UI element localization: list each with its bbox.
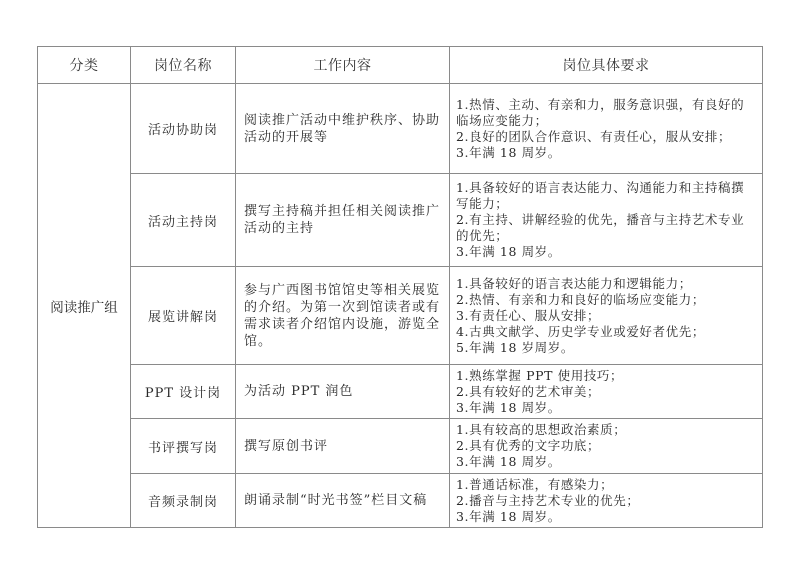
header-work-content: 工作内容 xyxy=(236,47,450,84)
requirements-cell: 1.具备较好的语言表达能力和逻辑能力； 2.热情、有亲和力和良好的临场应变能力；… xyxy=(450,267,763,365)
requirements-cell: 1.具备较好的语言表达能力、沟通能力和主持稿撰写能力； 2.有主持、讲解经验的优… xyxy=(450,174,763,267)
table-header-row: 分类 岗位名称 工作内容 岗位具体要求 xyxy=(38,47,763,84)
requirement-item: 2.热情、有亲和力和良好的临场应变能力； xyxy=(456,292,756,308)
requirement-item: 2.播音与主持艺术专业的优先； xyxy=(456,493,756,509)
position-name: 活动协助岗 xyxy=(131,84,236,174)
job-positions-table: 分类 岗位名称 工作内容 岗位具体要求 阅读推广组 活动协助岗 阅读推广活动中维… xyxy=(37,46,763,528)
requirement-item: 4.古典文献学、历史学专业或爱好者优先； xyxy=(456,324,756,340)
table-row: 活动主持岗 撰写主持稿并担任相关阅读推广活动的主持 1.具备较好的语言表达能力、… xyxy=(38,174,763,267)
requirement-item: 1.普通话标准，有感染力； xyxy=(456,477,756,493)
requirement-item: 2.有主持、讲解经验的优先，播音与主持艺术专业的优先； xyxy=(456,212,756,244)
table-row: 音频录制岗 朗诵录制“时光书签”栏目文稿 1.普通话标准，有感染力； 2.播音与… xyxy=(38,474,763,528)
position-name: 活动主持岗 xyxy=(131,174,236,267)
header-requirements: 岗位具体要求 xyxy=(450,47,763,84)
requirement-item: 3.年满 18 周岁。 xyxy=(456,400,756,416)
requirement-item: 1.具备较好的语言表达能力、沟通能力和主持稿撰写能力； xyxy=(456,180,756,212)
position-name: 书评撰写岗 xyxy=(131,419,236,474)
requirement-item: 3.年满 18 周岁。 xyxy=(456,244,756,260)
requirement-item: 3.有责任心、服从安排； xyxy=(456,308,756,324)
category-cell: 阅读推广组 xyxy=(38,84,131,528)
requirement-item: 1.具备较好的语言表达能力和逻辑能力； xyxy=(456,276,756,292)
position-name: PPT 设计岗 xyxy=(131,365,236,419)
table-row: 书评撰写岗 撰写原创书评 1.具有较高的思想政治素质； 2.具有优秀的文字功底；… xyxy=(38,419,763,474)
requirements-cell: 1.普通话标准，有感染力； 2.播音与主持艺术专业的优先； 3.年满 18 周岁… xyxy=(450,474,763,528)
work-content: 撰写原创书评 xyxy=(236,419,450,474)
requirement-item: 2.良好的团队合作意识、有责任心，服从安排； xyxy=(456,129,756,145)
header-position-name: 岗位名称 xyxy=(131,47,236,84)
requirement-item: 1.熟练掌握 PPT 使用技巧； xyxy=(456,368,756,384)
requirement-item: 2.具有优秀的文字功底； xyxy=(456,438,756,454)
requirement-item: 1.热情、主动、有亲和力，服务意识强，有良好的临场应变能力； xyxy=(456,97,756,129)
work-content: 撰写主持稿并担任相关阅读推广活动的主持 xyxy=(236,174,450,267)
position-name: 音频录制岗 xyxy=(131,474,236,528)
requirements-cell: 1.热情、主动、有亲和力，服务意识强，有良好的临场应变能力； 2.良好的团队合作… xyxy=(450,84,763,174)
work-content: 参与广西图书馆馆史等相关展览的介绍。为第一次到馆读者或有需求读者介绍馆内设施，游… xyxy=(236,267,450,365)
requirement-item: 3.年满 18 周岁。 xyxy=(456,509,756,525)
table-row: PPT 设计岗 为活动 PPT 润色 1.熟练掌握 PPT 使用技巧； 2.具有… xyxy=(38,365,763,419)
requirement-item: 2.具有较好的艺术审美； xyxy=(456,384,756,400)
requirements-cell: 1.熟练掌握 PPT 使用技巧； 2.具有较好的艺术审美； 3.年满 18 周岁… xyxy=(450,365,763,419)
work-content: 朗诵录制“时光书签”栏目文稿 xyxy=(236,474,450,528)
requirements-cell: 1.具有较高的思想政治素质； 2.具有优秀的文字功底； 3.年满 18 周岁。 xyxy=(450,419,763,474)
position-name: 展览讲解岗 xyxy=(131,267,236,365)
requirement-item: 1.具有较高的思想政治素质； xyxy=(456,422,756,438)
table-row: 展览讲解岗 参与广西图书馆馆史等相关展览的介绍。为第一次到馆读者或有需求读者介绍… xyxy=(38,267,763,365)
header-category: 分类 xyxy=(38,47,131,84)
requirement-item: 3.年满 18 周岁。 xyxy=(456,454,756,470)
requirement-item: 5.年满 18 岁周岁。 xyxy=(456,340,756,356)
work-content: 阅读推广活动中维护秩序、协助活动的开展等 xyxy=(236,84,450,174)
work-content: 为活动 PPT 润色 xyxy=(236,365,450,419)
table-row: 阅读推广组 活动协助岗 阅读推广活动中维护秩序、协助活动的开展等 1.热情、主动… xyxy=(38,84,763,174)
requirement-item: 3.年满 18 周岁。 xyxy=(456,145,756,161)
